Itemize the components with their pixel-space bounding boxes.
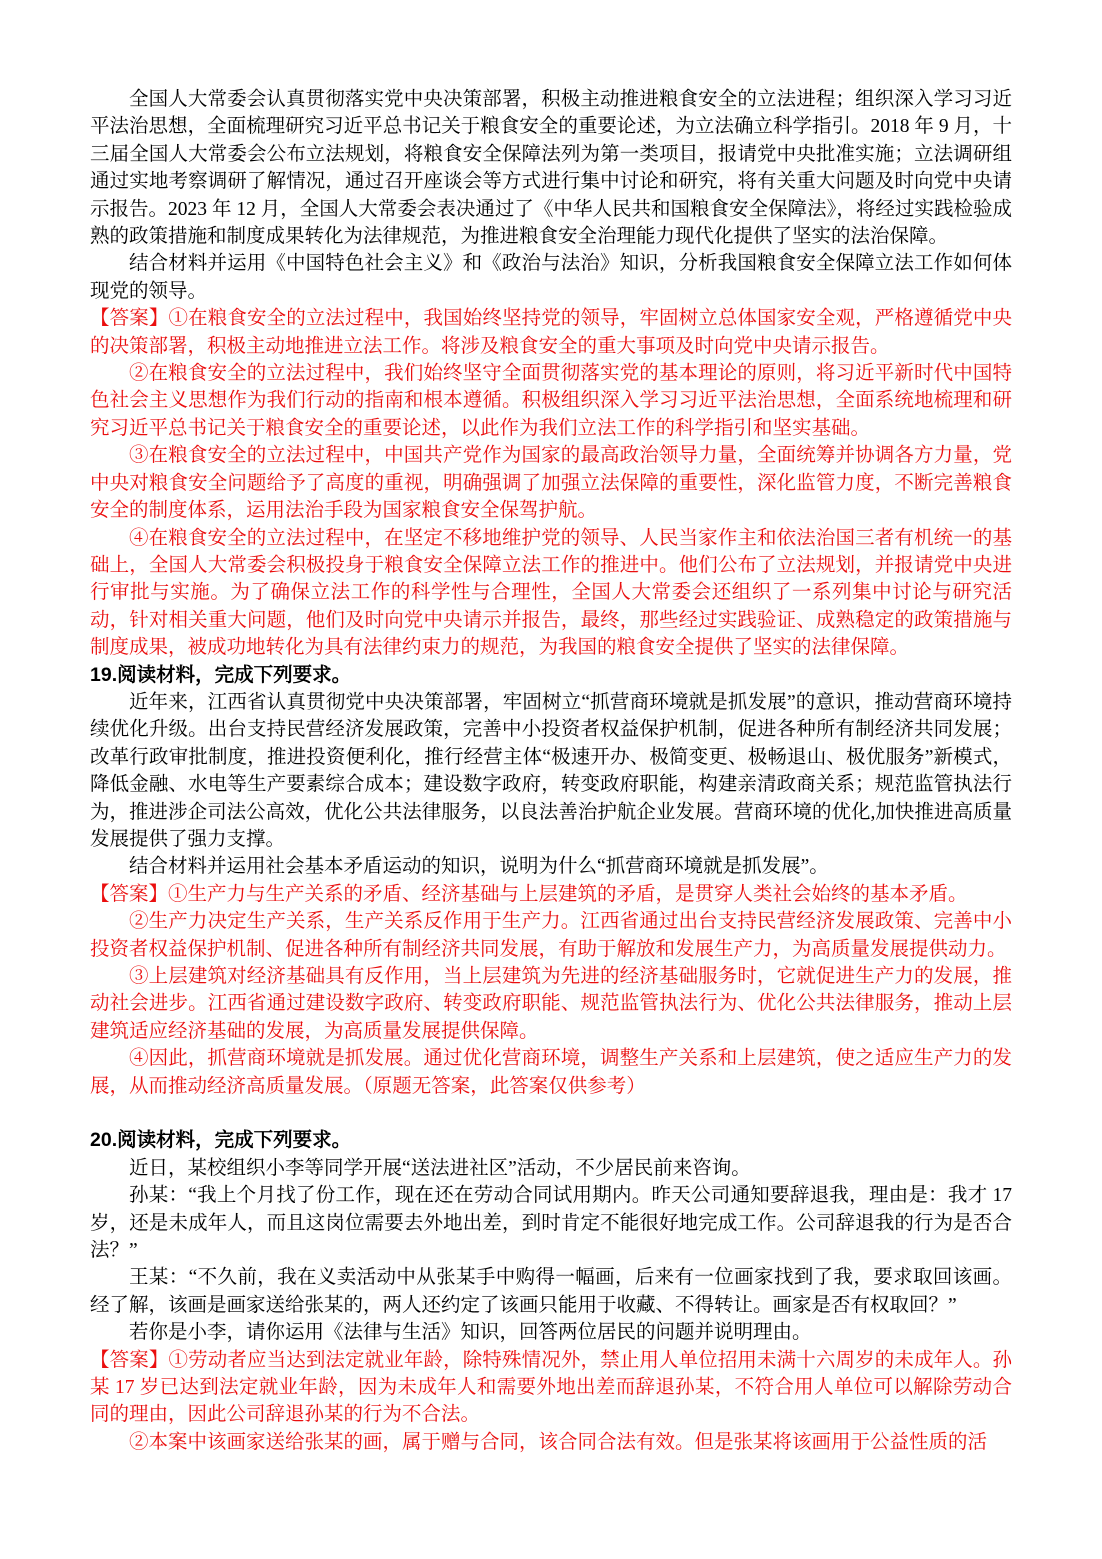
- q18-material-paragraph: 全国人大常委会认真贯彻落实党中央决策部署，积极主动推进粮食安全的立法进程；组织深…: [90, 86, 1012, 250]
- q18-answer-point-3: ③在粮食安全的立法过程中，中国共产党作为国家的最高政治领导力量，全面统筹并协调各…: [90, 442, 1012, 524]
- q20-heading: 20.阅读材料，完成下列要求。: [90, 1127, 1012, 1154]
- q19-answer-point-4: ④因此，抓营商环境就是抓发展。通过优化营商环境，调整生产关系和上层建筑，使之适应…: [90, 1045, 1012, 1100]
- q20-material-intro: 近日，某校组织小李等同学开展“送法进社区”活动，不少居民前来咨询。: [90, 1155, 1012, 1182]
- answer-label: 【答案】: [90, 884, 168, 905]
- q18-question-prompt: 结合材料并运用《中国特色社会主义》和《政治与法治》知识，分析我国粮食安全保障立法…: [90, 250, 1012, 305]
- q20-answer-point-2: ②本案中该画家送给张某的画，属于赠与合同，该合同合法有效。但是张某将该画用于公益…: [90, 1429, 1012, 1456]
- q18-answer-point-4: ④在粮食安全的立法过程中，在坚定不移地维护党的领导、人民当家作主和依法治国三者有…: [90, 525, 1012, 662]
- q20-material-sun-quote: 孙某：“我上个月找了份工作，现在还在劳动合同试用期内。昨天公司通知要辞退我，理由…: [90, 1182, 1012, 1264]
- q19-heading: 19.阅读材料，完成下列要求。: [90, 662, 1012, 689]
- q19-answer-point-2: ②生产力决定生产关系，生产关系反作用于生产力。江西省通过出台支持民营经济发展政策…: [90, 908, 1012, 963]
- q18-answer-point-1: 【答案】①在粮食安全的立法过程中，我国始终坚持党的领导，牢固树立总体国家安全观，…: [90, 305, 1012, 360]
- exam-document-page: 全国人大常委会认真贯彻落实党中央决策部署，积极主动推进粮食安全的立法进程；组织深…: [0, 0, 1102, 1559]
- answer-label: 【答案】: [90, 308, 168, 329]
- q19-answer-point-1: 【答案】①生产力与生产关系的矛盾、经济基础与上层建筑的矛盾，是贯穿人类社会始终的…: [90, 881, 1012, 908]
- document-content: 全国人大常委会认真贯彻落实党中央决策部署，积极主动推进粮食安全的立法进程；组织深…: [90, 86, 1012, 1456]
- q19-question-prompt: 结合材料并运用社会基本矛盾运动的知识，说明为什么“抓营商环境就是抓发展”。: [90, 853, 1012, 880]
- q19-answer-point-3: ③上层建筑对经济基础具有反作用，当上层建筑为先进的经济基础服务时，它就促进生产力…: [90, 963, 1012, 1045]
- q20-material-wang-quote: 王某：“不久前，我在义卖活动中从张某手中购得一幅画，后来有一位画家找到了我，要求…: [90, 1264, 1012, 1319]
- q19-material-paragraph: 近年来，江西省认真贯彻党中央决策部署，牢固树立“抓营商环境就是抓发展”的意识，推…: [90, 689, 1012, 853]
- q20-question-prompt: 若你是小李，请你运用《法律与生活》知识，回答两位居民的问题并说明理由。: [90, 1319, 1012, 1346]
- answer-label: 【答案】: [90, 1350, 168, 1371]
- section-gap: [90, 1100, 1012, 1127]
- q20-answer-point-1: 【答案】①劳动者应当达到法定就业年龄，除特殊情况外，禁止用人单位招用未满十六周岁…: [90, 1347, 1012, 1429]
- q18-answer-point-2: ②在粮食安全的立法过程中，我们始终坚守全面贯彻落实党的基本理论的原则，将习近平新…: [90, 360, 1012, 442]
